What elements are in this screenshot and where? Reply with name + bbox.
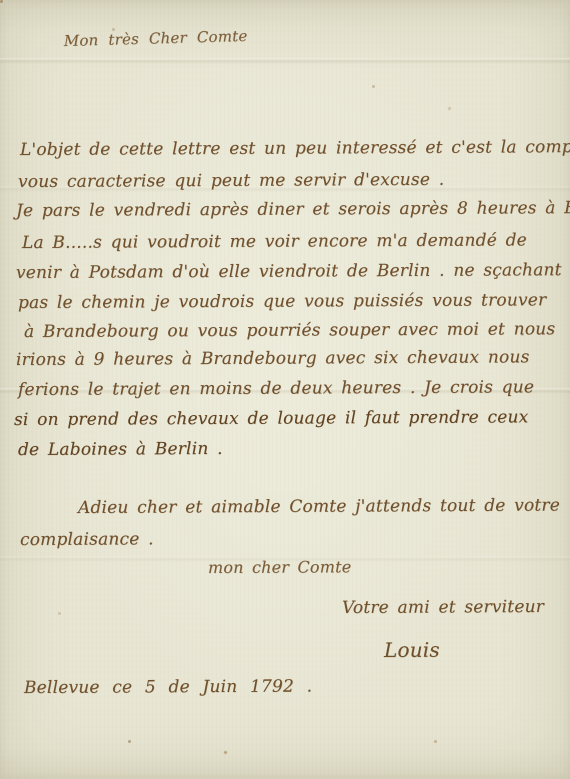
body-line: vous caracterise qui peut me servir d'ex… (18, 170, 444, 192)
fold-crease (0, 58, 570, 64)
signature: Louis (384, 638, 440, 662)
letter-page: Mon très Cher Comte L'objet de cette let… (0, 0, 570, 779)
foxing-spots (0, 0, 3, 3)
body-line: de Laboines à Berlin . (18, 439, 223, 460)
body-line: Je pars le vendredi après diner et seroi… (16, 198, 570, 221)
body-line: si on prend des chevaux de louage il fau… (14, 407, 529, 430)
body-line: irions à 9 heures à Brandebourg avec six… (16, 347, 530, 370)
body-line: pas le chemin je voudrois que vous puiss… (18, 290, 547, 313)
body-line: à Brandebourg ou vous pourriés souper av… (24, 319, 555, 342)
closing-line: Adieu cher et aimable Comte j'attends to… (78, 495, 560, 518)
body-line: ferions le trajet en moins de deux heure… (18, 377, 534, 400)
body-line: venir à Potsdam d'où elle viendroit de B… (16, 260, 562, 283)
body-line: La B.....s qui voudroit me voir encore m… (22, 230, 527, 253)
body-line: L'objet de cette lettre est un peu inter… (20, 137, 570, 160)
signoff: Votre ami et serviteur (342, 597, 544, 618)
valediction: mon cher Comte (208, 557, 352, 577)
dateline: Bellevue ce 5 de Juin 1792 . (24, 676, 312, 698)
closing-line: complaisance . (20, 529, 154, 550)
salutation: Mon très Cher Comte (63, 27, 247, 50)
